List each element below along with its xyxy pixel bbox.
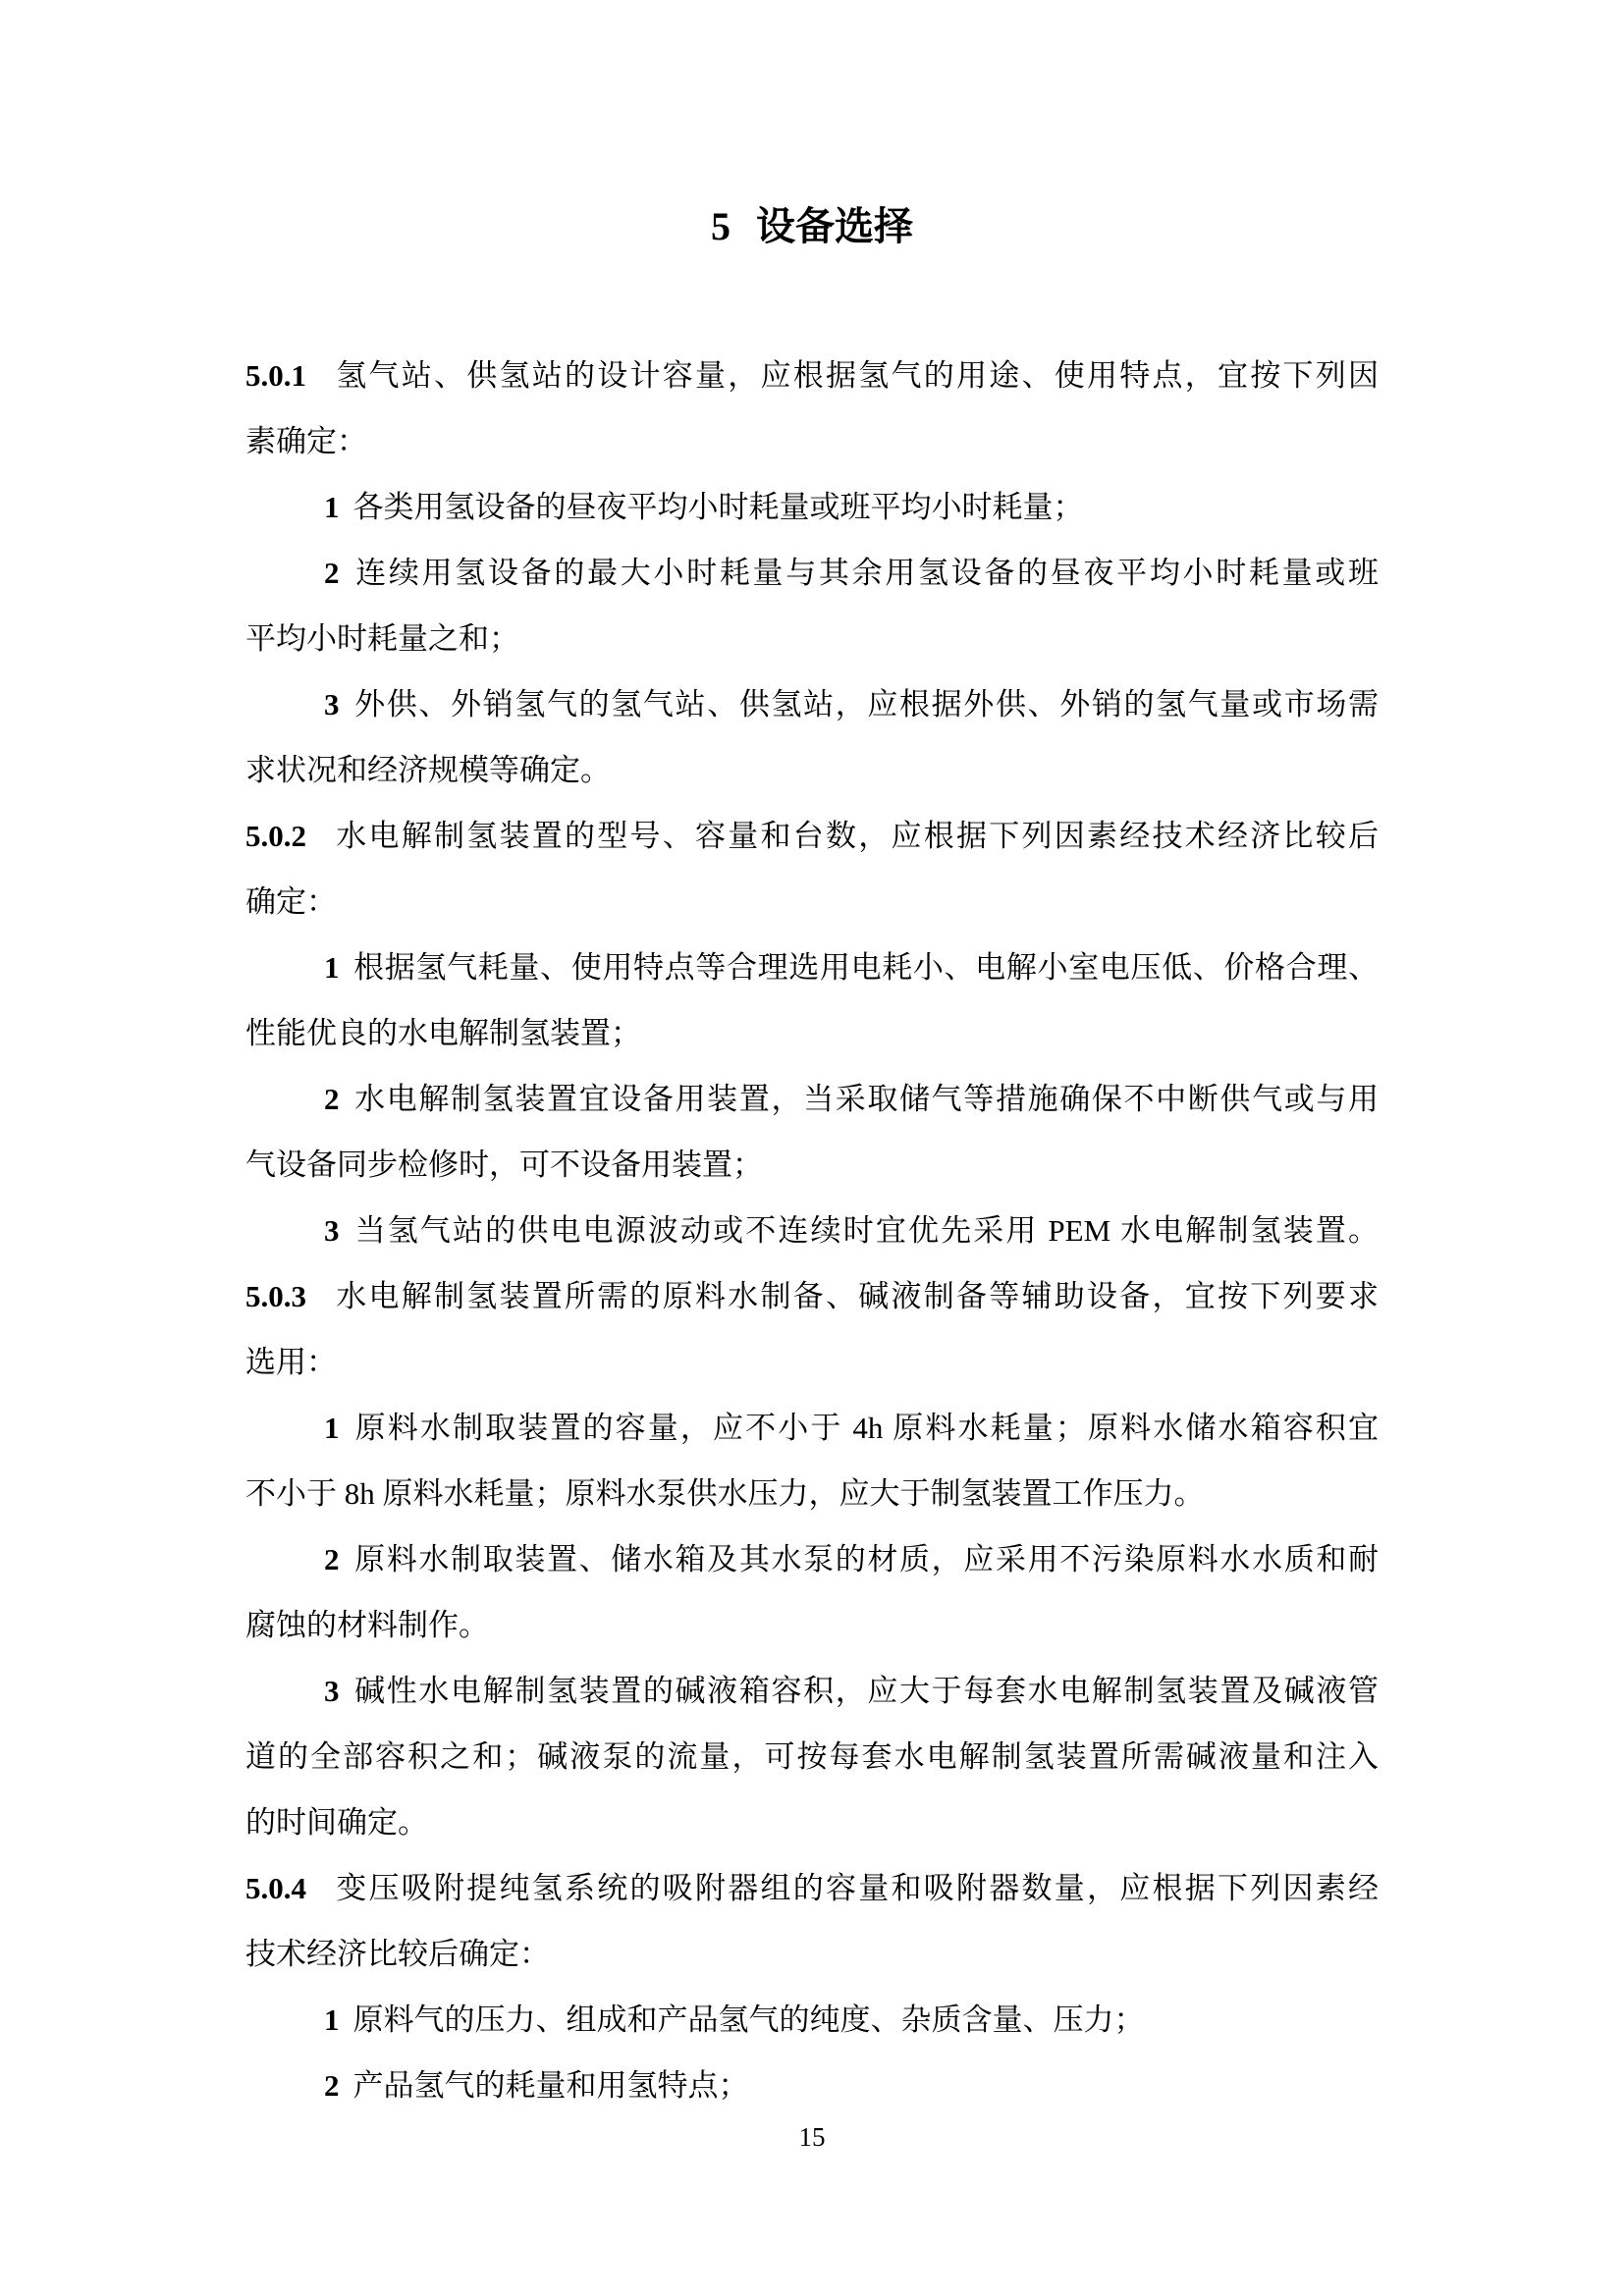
text-line: 2原料水制取装置、储水箱及其水泵的材质，应采用不污染原料水水质和耐 (245, 1526, 1379, 1592)
text-line: 确定： (245, 869, 1379, 934)
clause-number: 5.0.1 (245, 358, 306, 393)
text-line: 1根据氢气耗量、使用特点等合理选用电耗小、电解小室电压低、价格合理、 (245, 934, 1379, 1000)
text-line: 1原料气的压力、组成和产品氢气的纯度、杂质含量、压力； (245, 1987, 1379, 2053)
document-body: 5.0.1氢气站、供氢站的设计容量，应根据氢气的用途、使用特点，宜按下列因素确定… (245, 343, 1379, 2118)
text-line: 腐蚀的材料制作。 (245, 1592, 1379, 1658)
item-number: 1 (324, 1411, 340, 1445)
text-line: 的时间确定。 (245, 1789, 1379, 1855)
text-line: 性能优良的水电解制氢装置； (245, 1000, 1379, 1066)
text-line: 2产品氢气的耗量和用氢特点； (245, 2053, 1379, 2118)
text-line: 3外供、外销氢气的氢气站、供氢站，应根据外供、外销的氢气量或市场需 (245, 671, 1379, 737)
item-number: 2 (324, 1542, 340, 1576)
text-line: 道的全部容积之和；碱液泵的流量，可按每套水电解制氢装置所需碱液量和注入 (245, 1724, 1379, 1789)
item-number: 3 (324, 1213, 340, 1248)
text-line: 素确定： (245, 408, 1379, 474)
text-line: 选用： (245, 1329, 1379, 1395)
text-line: 5.0.4变压吸附提纯氢系统的吸附器组的容量和吸附器数量，应根据下列因素经 (245, 1855, 1379, 1921)
text-line: 1各类用氢设备的昼夜平均小时耗量或班平均小时耗量； (245, 474, 1379, 540)
clause-number: 5.0.3 (245, 1279, 306, 1313)
item-number: 1 (324, 950, 340, 985)
text-line: 技术经济比较后确定： (245, 1921, 1379, 1987)
text-line: 5.0.3水电解制氢装置所需的原料水制备、碱液制备等辅助设备，宜按下列要求 (245, 1263, 1379, 1329)
text-line: 不小于 8h 原料水耗量；原料水泵供水压力，应大于制氢装置工作压力。 (245, 1461, 1379, 1526)
text-line: 1原料水制取装置的容量，应不小于 4h 原料水耗量；原料水储水箱容积宜 (245, 1395, 1379, 1461)
item-number: 3 (324, 1674, 340, 1708)
text-line: 2水电解制氢装置宜设备用装置，当采取储气等措施确保不中断供气或与用 (245, 1066, 1379, 1132)
item-number: 3 (324, 687, 340, 721)
item-number: 2 (324, 2068, 340, 2103)
text-line: 5.0.1氢气站、供氢站的设计容量，应根据氢气的用途、使用特点，宜按下列因 (245, 343, 1379, 408)
chapter-title: 5设备选择 (0, 199, 1624, 254)
page-number: 15 (0, 2120, 1624, 2154)
text-line: 气设备同步检修时，可不设备用装置； (245, 1132, 1379, 1198)
item-number: 1 (324, 2002, 340, 2037)
document-page: 5设备选择 5.0.1氢气站、供氢站的设计容量，应根据氢气的用途、使用特点，宜按… (0, 0, 1624, 2296)
item-number: 2 (324, 556, 340, 590)
text-line: 3当氢气站的供电电源波动或不连续时宜优先采用 PEM 水电解制氢装置。 (245, 1198, 1379, 1263)
item-number: 1 (324, 490, 340, 524)
clause-number: 5.0.2 (245, 819, 306, 853)
text-line: 5.0.2水电解制氢装置的型号、容量和台数，应根据下列因素经技术经济比较后 (245, 803, 1379, 869)
text-line: 2连续用氢设备的最大小时耗量与其余用氢设备的昼夜平均小时耗量或班 (245, 540, 1379, 606)
text-line: 3碱性水电解制氢装置的碱液箱容积，应大于每套水电解制氢装置及碱液管 (245, 1658, 1379, 1724)
item-number: 2 (324, 1082, 340, 1116)
clause-number: 5.0.4 (245, 1871, 306, 1905)
chapter-number: 5 (711, 204, 731, 248)
chapter-title-text: 设备选择 (756, 204, 913, 248)
text-line: 求状况和经济规模等确定。 (245, 737, 1379, 803)
text-line: 平均小时耗量之和； (245, 606, 1379, 671)
